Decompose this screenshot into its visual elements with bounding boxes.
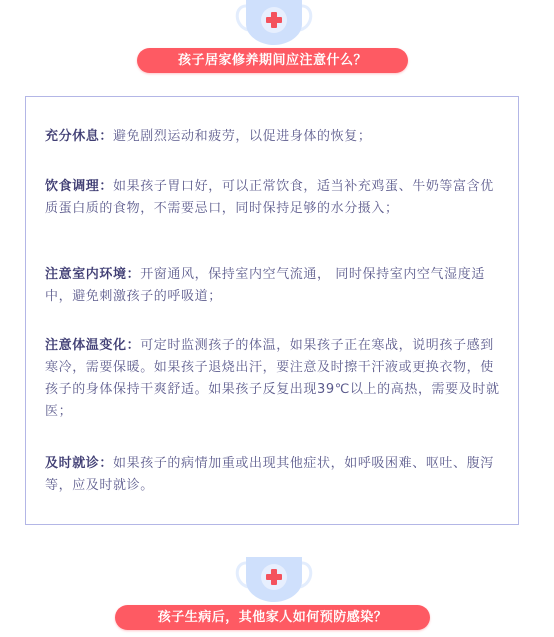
section-title: 孩子居家修养期间应注意什么？	[178, 53, 367, 68]
tip-item: 注意体温变化：可定时监测孩子的体温，如果孩子正在寒战，说明孩子感到寒冷，需要保暖…	[45, 335, 503, 423]
tip-heading: 充分休息：	[45, 129, 113, 144]
section-title: 孩子生病后，其他家人如何预防感染？	[158, 610, 388, 625]
medical-mask-icon	[232, 557, 316, 603]
tip-heading: 注意室内环境：	[45, 267, 140, 282]
tip-item: 饮食调理：如果孩子胃口好，可以正常饮食，适当补充鸡蛋、牛奶等富含优质蛋白质的食物…	[45, 176, 503, 220]
tip-item: 及时就诊：如果孩子的病情加重或出现其他症状，如呼吸困难、呕吐、腹泻等，应及时就诊…	[45, 453, 503, 497]
section-title-pill: 孩子生病后，其他家人如何预防感染？	[115, 605, 430, 630]
tip-heading: 注意体温变化：	[45, 338, 140, 353]
tip-item: 充分休息：避免剧烈运动和疲劳，以促进身体的恢复；	[45, 126, 503, 148]
tip-heading: 饮食调理：	[45, 179, 113, 194]
tip-heading: 及时就诊：	[45, 456, 113, 471]
medical-mask-icon	[232, 0, 316, 46]
section-title-pill: 孩子居家修养期间应注意什么？	[137, 48, 408, 73]
tip-text: 如果孩子胃口好，可以正常饮食，适当补充鸡蛋、牛奶等富含优质蛋白质的食物，不需要忌…	[45, 179, 494, 216]
tip-item: 注意室内环境：开窗通风，保持室内空气流通， 同时保持室内空气湿度适中，避免刺激孩…	[45, 264, 503, 308]
tip-text: 避免剧烈运动和疲劳，以促进身体的恢复；	[113, 129, 371, 144]
content-box: 充分休息：避免剧烈运动和疲劳，以促进身体的恢复； 饮食调理：如果孩子胃口好，可以…	[25, 96, 519, 525]
tip-text: 如果孩子的病情加重或出现其他症状，如呼吸困难、呕吐、腹泻等，应及时就诊。	[45, 456, 494, 493]
